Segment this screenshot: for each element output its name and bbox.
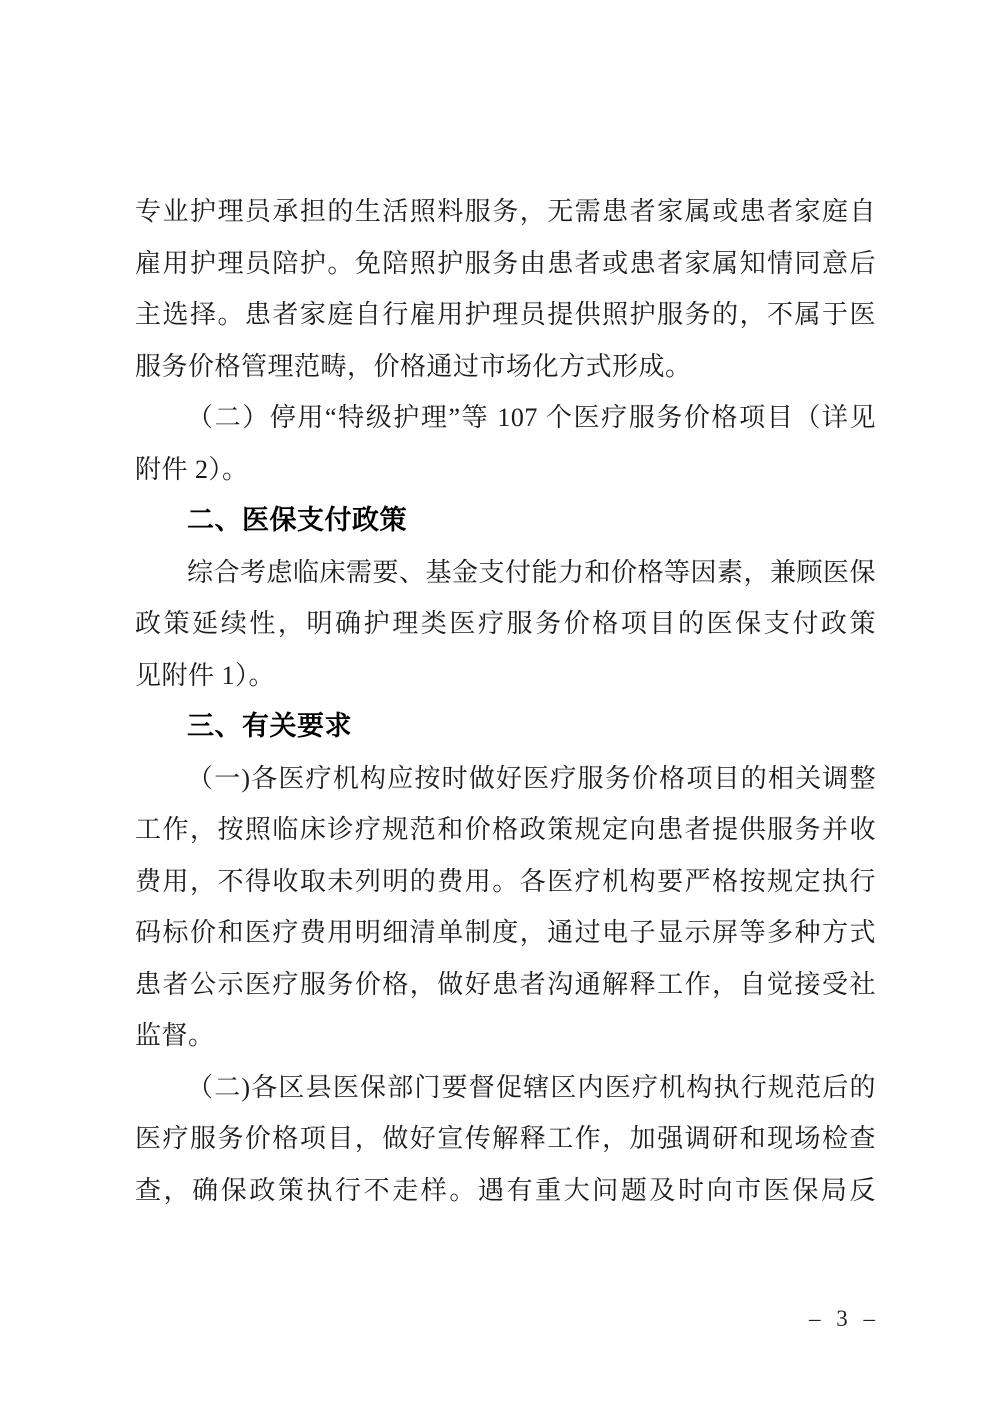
body-line: 服务价格管理范畴，价格通过市场化方式形成。 [135,341,876,393]
body-line: 费用，不得收取未列明的费用。各医疗机构要严格按规定执行明 [135,856,876,908]
body-line: （二）停用“特级护理”等 107 个医疗服务价格项目（详见 [135,392,876,444]
body-line: 见附件 1）。 [135,650,876,702]
body-line: 监督。 [135,1010,876,1062]
body-line: 综合考虑临床需要、基金支付能力和价格等因素，兼顾医保 [135,547,876,599]
body-line: 患者公示医疗服务价格，做好患者沟通解释工作，自觉接受社会 [135,959,876,1011]
body-line: 专业护理员承担的生活照料服务，无需患者家属或患者家庭自行 [135,186,876,238]
body-line: 查，确保政策执行不走样。遇有重大问题及时向市医保局反馈。 [135,1165,876,1217]
paragraph-requirement-1-institutions: （一)各医疗机构应按时做好医疗服务价格项目的相关调整 工作，按照临床诊疗规范和价… [135,753,876,1062]
section-heading-insurance-payment-policy: 二、医保支付政策 [135,495,876,547]
paragraph-care-service-continuation: 专业护理员承担的生活照料服务，无需患者家属或患者家庭自行 雇用护理员陪护。免陪照… [135,186,876,392]
body-line: 码标价和医疗费用明细清单制度，通过电子显示屏等多种方式向 [135,907,876,959]
body-line: 政策延续性，明确护理类医疗服务价格项目的医保支付政策（详 [135,598,876,650]
document-page: 专业护理员承担的生活照料服务，无需患者家属或患者家庭自行 雇用护理员陪护。免陪照… [0,0,1000,1414]
page-number: – 3 – [809,1306,877,1332]
paragraph-item-2-discontinued-projects: （二）停用“特级护理”等 107 个医疗服务价格项目（详见 附件 2）。 [135,392,876,495]
paragraph-requirement-2-district-bureaus: （二)各区县医保部门要督促辖区内医疗机构执行规范后的 医疗服务价格项目，做好宣传… [135,1062,876,1217]
body-line: （一)各医疗机构应按时做好医疗服务价格项目的相关调整 [135,753,876,805]
body-line: 附件 2）。 [135,444,876,496]
document-body: 专业护理员承担的生活照料服务，无需患者家属或患者家庭自行 雇用护理员陪护。免陪照… [135,186,876,1216]
body-line: （二)各区县医保部门要督促辖区内医疗机构执行规范后的 [135,1062,876,1114]
body-line: 工作，按照临床诊疗规范和价格政策规定向患者提供服务并收取 [135,804,876,856]
body-line: 主选择。患者家庭自行雇用护理员提供照护服务的，不属于医疗 [135,289,876,341]
body-line: 雇用护理员陪护。免陪照护服务由患者或患者家属知情同意后自 [135,238,876,290]
section-heading-requirements: 三、有关要求 [135,701,876,753]
body-line: 医疗服务价格项目，做好宣传解释工作，加强调研和现场检查核 [135,1113,876,1165]
paragraph-insurance-payment-policy: 综合考虑临床需要、基金支付能力和价格等因素，兼顾医保 政策延续性，明确护理类医疗… [135,547,876,702]
